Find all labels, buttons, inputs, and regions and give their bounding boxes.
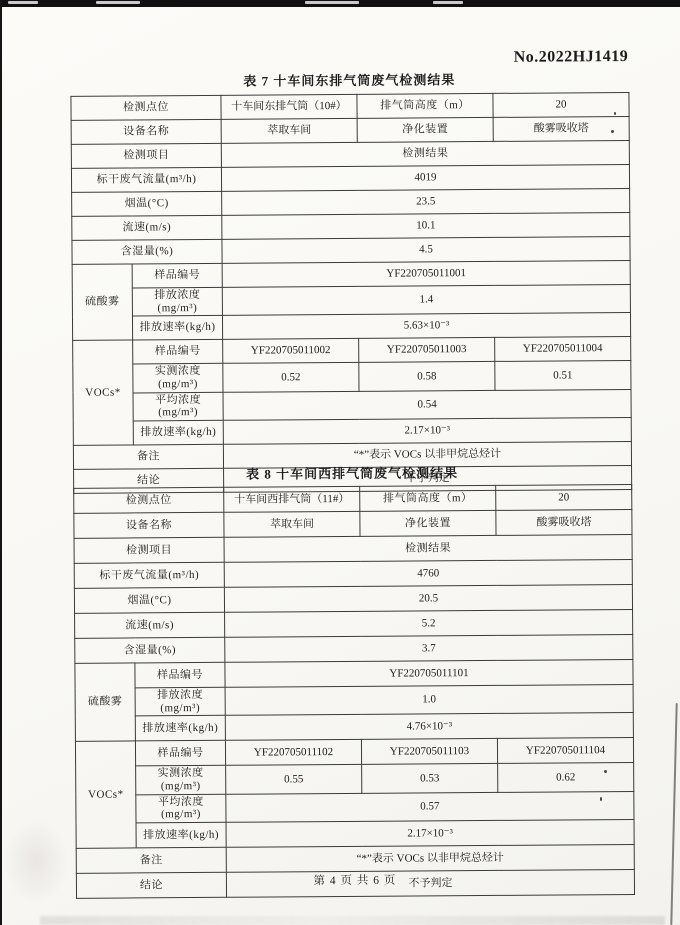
t8-h2so4-group-label: 硫酸雾 bbox=[75, 663, 136, 742]
t7-point-label: 检测点位 bbox=[71, 95, 221, 120]
t8-vocs-avg-label: 平均浓度(mg/m³) bbox=[136, 794, 226, 823]
t7-h2so4-sample-value: YF220705011001 bbox=[222, 260, 630, 287]
table8-title: 表 8 十车间西排气筒废气检测结果 bbox=[73, 461, 631, 484]
table-row: 检测项目 检测结果 bbox=[74, 534, 632, 563]
t7-flow-label: 标干废气流量(m³/h) bbox=[71, 167, 221, 192]
table-row: 硫酸雾 样品编号 YF220705011101 bbox=[75, 659, 633, 688]
t7-h2so4-group-label: 硫酸雾 bbox=[72, 264, 133, 341]
table-row: 排放浓度(mg/m³) 1.0 bbox=[75, 684, 633, 716]
t7-vocs-sample-label: 样品编号 bbox=[133, 340, 223, 365]
t8-flow-label: 标干废气流量(m³/h) bbox=[74, 562, 224, 588]
t8-vocs-measured-3: 0.62 bbox=[498, 763, 634, 792]
table-row: 含湿量(%) 3.7 bbox=[75, 634, 633, 663]
table-row: 流速(m/s) 5.2 bbox=[75, 609, 633, 638]
document-number: No.2022HJ1419 bbox=[70, 48, 628, 70]
t7-h2so4-rate-label: 排放速率(kg/h) bbox=[132, 316, 222, 341]
t7-vocs-sample-1: YF220705011002 bbox=[223, 339, 359, 364]
t8-point-value: 十车间西排气筒（11#） bbox=[224, 486, 360, 512]
t8-result-label: 检测结果 bbox=[224, 534, 632, 562]
t8-flow-value: 4760 bbox=[224, 559, 632, 587]
t7-temp-label: 烟温(°C) bbox=[72, 191, 222, 216]
t7-item-label: 检测项目 bbox=[71, 143, 221, 168]
t7-vocs-rate-label: 排放速率(kg/h) bbox=[133, 420, 223, 445]
t7-vocs-group-label: VOCs* bbox=[73, 340, 134, 445]
t8-device-value: 萃取车间 bbox=[224, 511, 360, 537]
scan-speck bbox=[614, 112, 616, 115]
t7-vocs-avg-value: 0.54 bbox=[223, 389, 631, 420]
t7-speed-label: 流速(m/s) bbox=[72, 215, 222, 240]
t7-speed-value: 10.1 bbox=[222, 212, 630, 239]
table-row: 备注 “*”表示 VOCs 以非甲烷总烃计 bbox=[76, 844, 634, 873]
t7-humidity-label: 含湿量(%) bbox=[72, 239, 222, 264]
t8-vocs-avg-value: 0.57 bbox=[226, 791, 634, 822]
page-content: No.2022HJ1419 表 7 十车间东排气筒废气检测结果 检测点位 十车间… bbox=[0, 0, 680, 925]
t8-h2so4-rate-value: 4.76×10⁻³ bbox=[225, 713, 633, 741]
t8-vocs-measured-2: 0.53 bbox=[362, 764, 498, 793]
t8-remark-label: 备注 bbox=[76, 847, 226, 873]
scan-edge-fragment bbox=[8, 1, 38, 4]
t8-device-label: 设备名称 bbox=[74, 512, 224, 538]
scan-speck bbox=[604, 770, 607, 773]
table-row: 检测点位 十车间西排气筒（11#） 排气筒高度（m） 20 bbox=[74, 484, 632, 513]
t8-h2so4-conc-value: 1.0 bbox=[225, 684, 633, 715]
t8-vocs-sample-label: 样品编号 bbox=[135, 741, 225, 767]
t8-vocs-sample-1: YF220705011102 bbox=[225, 740, 361, 766]
scan-smudge bbox=[4, 818, 68, 904]
t8-point-label: 检测点位 bbox=[74, 487, 224, 513]
t8-vocs-sample-2: YF220705011103 bbox=[361, 739, 497, 765]
table-row: 平均浓度(mg/m³) 0.54 bbox=[73, 389, 631, 421]
table-row: 标干废气流量(m³/h) 4760 bbox=[74, 559, 632, 588]
t7-vocs-measured-label: 实测浓度(mg/m³) bbox=[133, 364, 223, 393]
t7-point-value: 十车间东排气筒（10#） bbox=[221, 94, 357, 119]
t7-vocs-avg-label: 平均浓度(mg/m³) bbox=[133, 392, 223, 421]
t7-height-value: 20 bbox=[493, 92, 629, 117]
table-row: 平均浓度(mg/m³) 0.57 bbox=[76, 791, 634, 823]
t7-h2so4-sample-label: 样品编号 bbox=[132, 263, 222, 288]
scan-speck bbox=[600, 797, 602, 801]
t7-vocs-measured-1: 0.52 bbox=[223, 363, 359, 392]
t8-humidity-label: 含湿量(%) bbox=[75, 637, 225, 663]
t8-vocs-measured-label: 实测浓度(mg/m³) bbox=[136, 766, 226, 795]
t8-vocs-group-label: VOCs* bbox=[75, 741, 136, 848]
scan-edge-fragment bbox=[96, 1, 140, 4]
t7-h2so4-rate-value: 5.63×10⁻³ bbox=[222, 313, 630, 340]
t7-vocs-sample-3: YF220705011004 bbox=[495, 337, 631, 362]
table-row: 设备名称 萃取车间 净化装置 酸雾吸收塔 bbox=[74, 509, 632, 538]
scan-top-edge bbox=[0, 0, 680, 7]
t7-vocs-rate-value: 2.17×10⁻³ bbox=[223, 417, 631, 444]
t8-h2so4-sample-label: 样品编号 bbox=[135, 662, 225, 688]
scan-speck bbox=[611, 130, 614, 133]
t7-purifier-value: 酸雾吸收塔 bbox=[493, 116, 629, 141]
table-row: 实测浓度(mg/m³) 0.52 0.58 0.51 bbox=[73, 361, 631, 393]
t7-result-label: 检测结果 bbox=[221, 140, 629, 167]
t7-h2so4-conc-value: 1.4 bbox=[222, 284, 630, 315]
table-row: 实测浓度(mg/m³) 0.55 0.53 0.62 bbox=[76, 763, 634, 795]
t8-temp-value: 20.5 bbox=[224, 584, 632, 612]
table8: 检测点位 十车间西排气筒（11#） 排气筒高度（m） 20 设备名称 萃取车间 … bbox=[73, 484, 635, 899]
scanned-report-page: No.2022HJ1419 表 7 十车间东排气筒废气检测结果 检测点位 十车间… bbox=[0, 0, 680, 925]
t8-height-label: 排气筒高度（m） bbox=[360, 485, 496, 511]
t8-item-label: 检测项目 bbox=[74, 537, 224, 563]
table7-title: 表 7 十车间东排气筒废气检测结果 bbox=[70, 68, 628, 91]
table-row: VOCs* 样品编号 YF220705011102 YF220705011103… bbox=[75, 738, 633, 767]
t8-temp-label: 烟温(°C) bbox=[74, 587, 224, 613]
scan-edge-fragment bbox=[433, 1, 463, 4]
t8-h2so4-rate-label: 排放速率(kg/h) bbox=[135, 716, 225, 742]
t7-device-label: 设备名称 bbox=[71, 119, 221, 144]
t8-vocs-sample-3: YF220705011104 bbox=[497, 738, 633, 764]
table-row: 排放浓度(mg/m³) 1.4 bbox=[72, 284, 630, 316]
t8-vocs-rate-label: 排放速率(kg/h) bbox=[136, 822, 226, 848]
t8-purifier-value: 酸雾吸收塔 bbox=[496, 509, 632, 535]
t8-vocs-rate-value: 2.17×10⁻³ bbox=[226, 819, 634, 847]
t8-vocs-measured-1: 0.55 bbox=[226, 765, 362, 794]
t7-humidity-value: 4.5 bbox=[222, 236, 630, 263]
table-row: 排放速率(kg/h) 4.76×10⁻³ bbox=[75, 713, 633, 742]
t8-height-value: 20 bbox=[496, 484, 632, 510]
t7-purifier-label: 净化装置 bbox=[357, 117, 493, 142]
t8-h2so4-conc-label: 排放浓度(mg/m³) bbox=[135, 687, 225, 716]
t8-speed-label: 流速(m/s) bbox=[75, 612, 225, 638]
t8-h2so4-sample-value: YF220705011101 bbox=[225, 659, 633, 687]
table-row: 排放速率(kg/h) 2.17×10⁻³ bbox=[76, 819, 634, 848]
t8-purifier-label: 净化装置 bbox=[360, 510, 496, 536]
t7-flow-value: 4019 bbox=[221, 164, 629, 191]
t7-vocs-measured-3: 0.51 bbox=[495, 361, 631, 390]
t7-h2so4-conc-label: 排放浓度(mg/m³) bbox=[132, 287, 222, 316]
scan-edge-fragment bbox=[305, 1, 359, 4]
t7-vocs-sample-2: YF220705011003 bbox=[359, 338, 495, 363]
table7: 检测点位 十车间东排气筒（10#） 排气筒高度（m） 20 设备名称 萃取车间 … bbox=[70, 92, 632, 494]
t8-speed-value: 5.2 bbox=[225, 609, 633, 637]
t7-height-label: 排气筒高度（m） bbox=[357, 93, 493, 118]
table-row: 烟温(°C) 20.5 bbox=[74, 584, 632, 613]
t7-vocs-measured-2: 0.58 bbox=[359, 362, 495, 391]
scan-left-edge bbox=[0, 0, 2, 925]
t7-temp-value: 23.5 bbox=[222, 188, 630, 215]
t8-humidity-value: 3.7 bbox=[225, 634, 633, 662]
scan-bottom-smudge bbox=[40, 916, 665, 925]
t7-device-value: 萃取车间 bbox=[221, 118, 357, 143]
t8-remark-value: “*”表示 VOCs 以非甲烷总烃计 bbox=[226, 844, 634, 872]
